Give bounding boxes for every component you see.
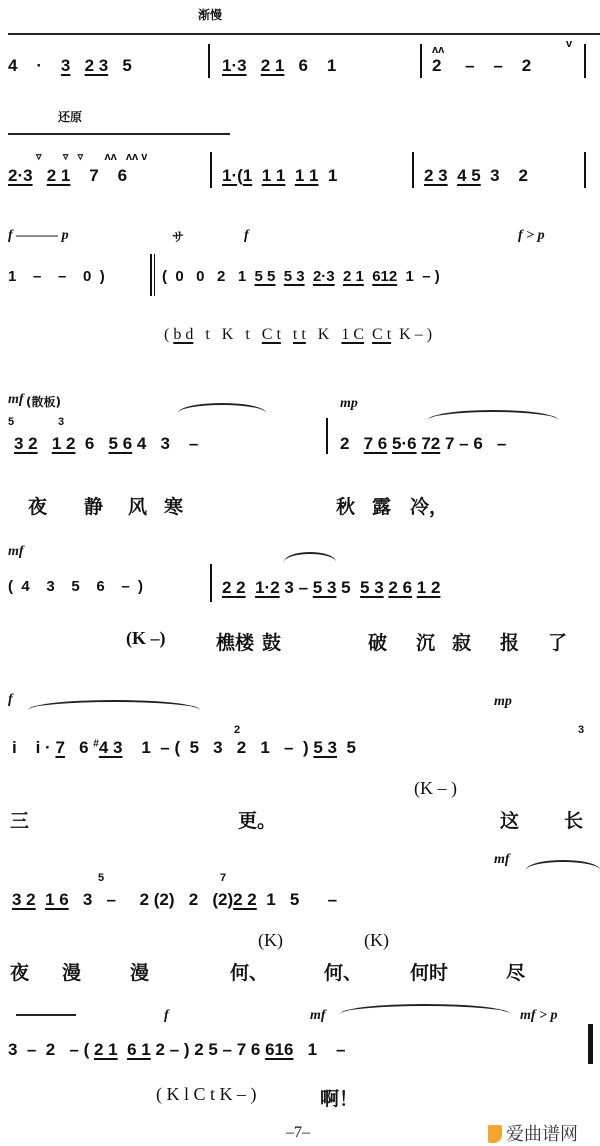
final-barline [588, 1024, 593, 1064]
measure: 3 – 2 – ( 2 1 6 1 2 – ) 2 5 – 7 6 616 1 … [8, 1040, 345, 1060]
dynamic-marking: mf [494, 852, 510, 868]
lyric: 这 [500, 806, 519, 833]
lyric: 何、 [230, 958, 268, 985]
tempo-annotation-a-tempo: 还原 [58, 108, 82, 125]
measure: 4 · 3 2 3 5 [8, 56, 132, 76]
grace-note: 2 [234, 724, 240, 736]
dynamic-marking: f ——— p [8, 228, 69, 244]
slur [28, 700, 200, 710]
breath-mark-icon: v [566, 38, 572, 50]
accent-marks: ▿ ▿ ▿ ʌʌ ʌʌ v [36, 150, 147, 163]
measure: 2·3 2 1 7 6 [8, 166, 127, 186]
slur [428, 410, 558, 420]
dynamic-marking: mp [340, 396, 358, 412]
grace-note: 5 [98, 872, 104, 884]
lyric: 漫 [130, 958, 149, 985]
lyric: 露 [372, 492, 391, 519]
music-note-logo-icon [488, 1125, 502, 1143]
lyric: 鼓 [262, 628, 281, 655]
percussion-line: (K –) [126, 628, 166, 649]
measure: i i · 7 6 #4 3 1 – ( 5 3 2 1 – ) 5 3 5 [12, 738, 356, 758]
dynamic-marking: f [164, 1008, 169, 1024]
measure: 3 2 1 6 3 – 2 (2) 2 (2)2 2 1 5 – [12, 890, 337, 910]
barline [326, 418, 328, 454]
trill-icon: ʌʌ [432, 44, 444, 56]
slur [178, 403, 266, 413]
lyric: 何时 [410, 958, 448, 985]
slur [340, 1004, 510, 1014]
measure: 1·(1 1 1 1 1 1 [222, 166, 337, 186]
grace-note: 5 [8, 416, 14, 428]
lyric: 了 [548, 628, 567, 655]
page-number: –7– [286, 1124, 310, 1142]
lyric: 风 [128, 492, 147, 519]
measure: 2 7 6 5·6 72 7 – 6 – [340, 434, 506, 454]
measure: 2 – – 2 [432, 56, 531, 76]
free-tempo-sign: サ [172, 228, 184, 245]
double-barline [154, 254, 155, 296]
grace-note: 3 [58, 416, 64, 428]
measure: 1·3 2 1 6 1 [222, 56, 336, 76]
lyric: 何、 [324, 958, 362, 985]
tempo-annotation-sanban: (散板) [26, 393, 61, 410]
dynamic-marking: f [8, 692, 13, 708]
percussion-item: (K) [364, 930, 389, 951]
measure: ( 4 3 5 6 – ) [8, 578, 143, 595]
lyric: 静 [84, 492, 103, 519]
dynamic-marking: f [244, 228, 249, 244]
lyric: 啊！ [320, 1084, 358, 1111]
dynamic-marking: f > p [518, 228, 545, 244]
dynamic-marking: mf [8, 392, 24, 408]
dynamic-marking: mp [494, 694, 512, 710]
phrase-line [8, 133, 230, 135]
dynamic-marking: mf [8, 544, 24, 560]
grace-note: 3 [578, 724, 584, 736]
double-barline [150, 254, 152, 296]
dynamic-marking: mf > p [520, 1008, 558, 1024]
lyric: 漫 [62, 958, 81, 985]
measure: 3 2 1 2 6 5 6 4 3 – [14, 434, 198, 454]
lyric: 更。 [238, 806, 276, 833]
lyric: 冷， [410, 492, 448, 519]
dynamic-marking: mf [310, 1008, 326, 1024]
watermark-text: 爱曲谱网 [506, 1124, 578, 1145]
lyric: 沉 [416, 628, 435, 655]
phrase-line [8, 33, 600, 35]
lyric: 破 [368, 628, 387, 655]
barline [210, 152, 212, 188]
percussion-line: (K – ) [414, 778, 457, 799]
measure: 2 3 4 5 3 2 [424, 166, 528, 186]
grace-note: 7 [220, 872, 226, 884]
measure: ( 0 0 2 1 5 5 5 3 2·3 2 1 612 1 – ) [162, 268, 440, 285]
lyric: 长 [564, 806, 583, 833]
phrase-line [16, 1014, 76, 1016]
tempo-annotation-rit: 渐慢 [198, 6, 222, 23]
measure: 2 2 1·2 3 – 5 3 5 5 3 2 6 1 2 [222, 578, 440, 598]
double-barline [210, 564, 212, 602]
barline [584, 44, 586, 78]
percussion-item: (K) [258, 930, 283, 951]
lyric: 夜 [28, 492, 47, 519]
watermark: 爱曲谱网 [488, 1120, 578, 1146]
measure: 1 – – 0 ) [8, 268, 105, 285]
lyric: 夜 [10, 958, 29, 985]
lyric: 三 [10, 806, 29, 833]
lyric: 秋 [336, 492, 355, 519]
barline [584, 152, 586, 188]
barline [208, 44, 210, 78]
lyric: 寒 [164, 492, 183, 519]
percussion-line: ( K l C t K – ) [156, 1084, 257, 1105]
percussion-line: ( b d t K t C t t t K 1 C C t K – ) [164, 326, 432, 344]
lyric: 樵楼 [216, 628, 254, 655]
barline [420, 44, 422, 78]
barline [412, 152, 414, 188]
lyric: 寂 [452, 628, 471, 655]
lyric: 尽 [506, 958, 525, 985]
lyric: 报 [500, 628, 519, 655]
slur [526, 860, 600, 870]
slur [284, 552, 336, 562]
